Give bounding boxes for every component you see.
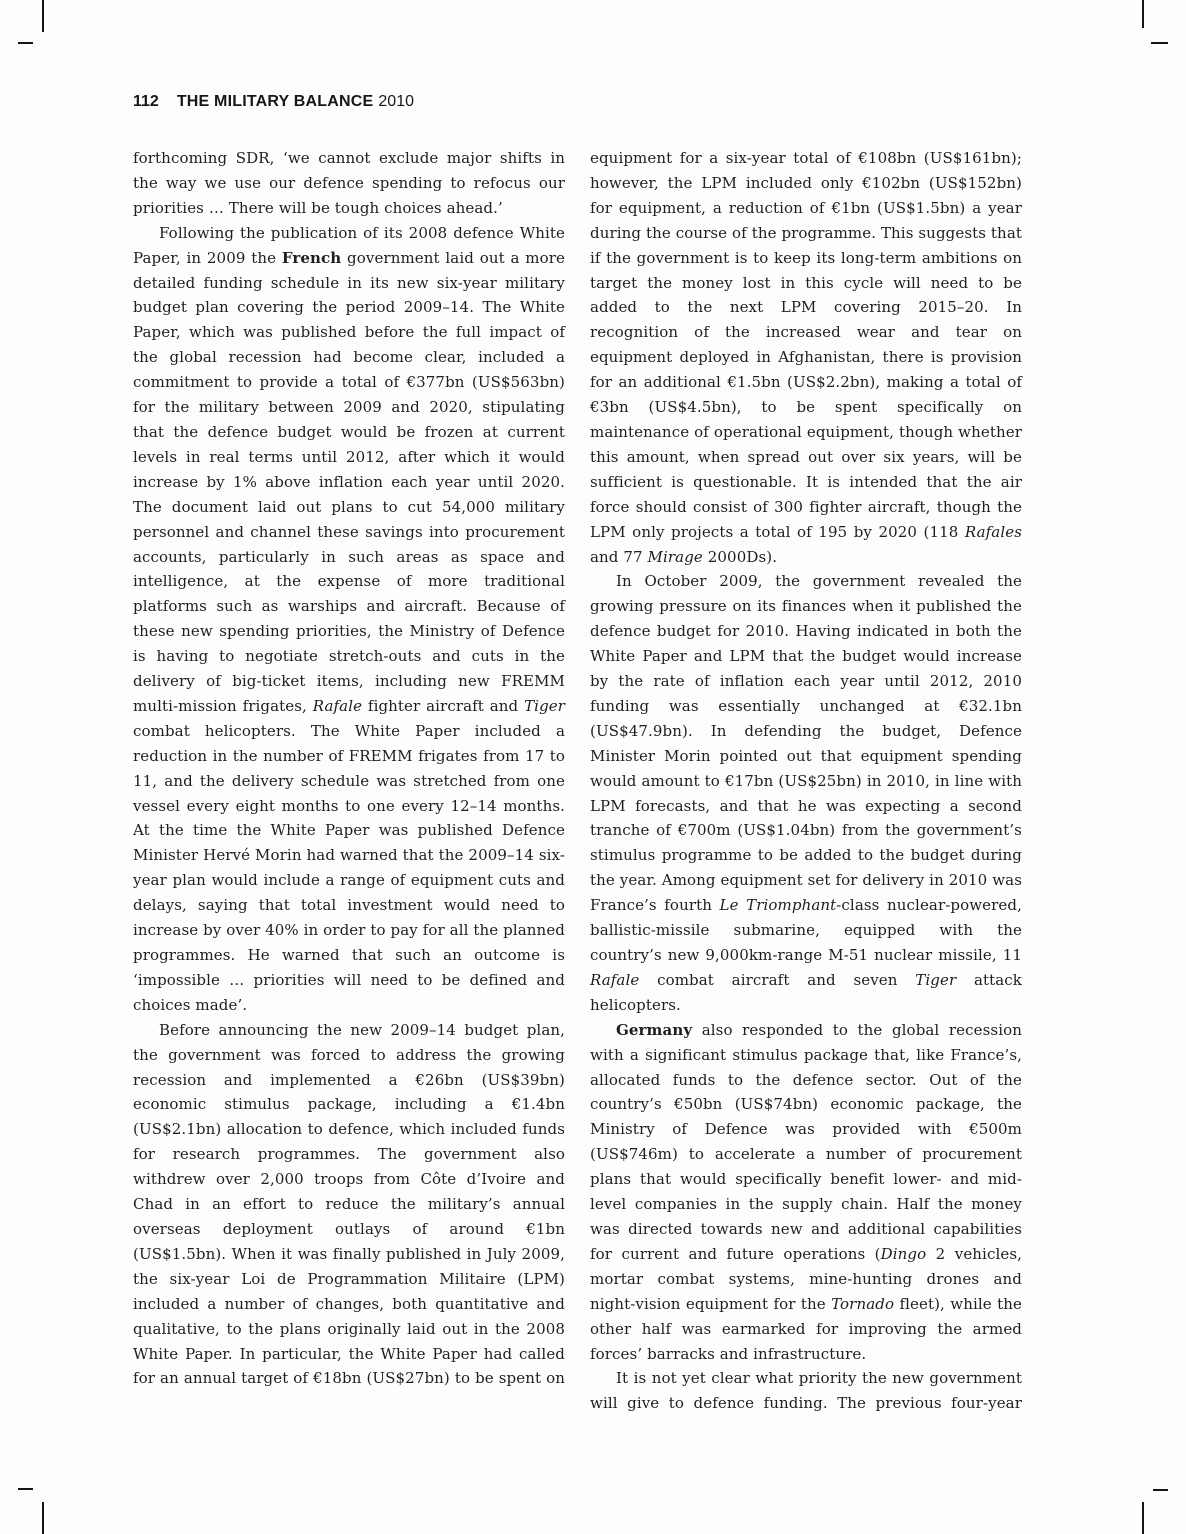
crop-mark-top-right-horizontal <box>1151 42 1168 44</box>
paragraph: equipment for a six-year total of €108bn… <box>590 146 1022 569</box>
book-page: { "header": { "page_number": "112", "boo… <box>0 0 1186 1534</box>
paragraph: Following the publication of its 2008 de… <box>133 221 565 1018</box>
paragraph: It is not yet clear what priority the ne… <box>590 1366 1022 1416</box>
page-number: 112 <box>133 93 159 110</box>
crop-mark-top-left-vertical <box>42 0 44 32</box>
text-column-left: forthcoming SDR, ‘we cannot exclude majo… <box>133 146 565 1416</box>
crop-mark-bottom-right-horizontal <box>1153 1489 1168 1491</box>
book-title: THE MILITARY BALANCE <box>177 93 374 110</box>
paragraph: Before announcing the new 2009–14 budget… <box>133 1018 565 1392</box>
running-header: 112THE MILITARY BALANCE2010 <box>133 92 414 111</box>
crop-mark-bottom-left-vertical <box>42 1502 44 1534</box>
crop-mark-top-right-vertical <box>1142 0 1144 28</box>
page-body: forthcoming SDR, ‘we cannot exclude majo… <box>133 146 1022 1416</box>
paragraph: forthcoming SDR, ‘we cannot exclude majo… <box>133 146 565 221</box>
crop-mark-bottom-left-horizontal <box>18 1488 33 1490</box>
paragraph: Germany also responded to the global rec… <box>590 1018 1022 1367</box>
paragraph: In October 2009, the government revealed… <box>590 569 1022 1017</box>
text-column-right: equipment for a six-year total of €108bn… <box>590 146 1022 1416</box>
book-year: 2010 <box>378 93 414 110</box>
crop-mark-bottom-right-vertical <box>1142 1502 1144 1534</box>
crop-mark-top-left-horizontal <box>18 42 33 44</box>
